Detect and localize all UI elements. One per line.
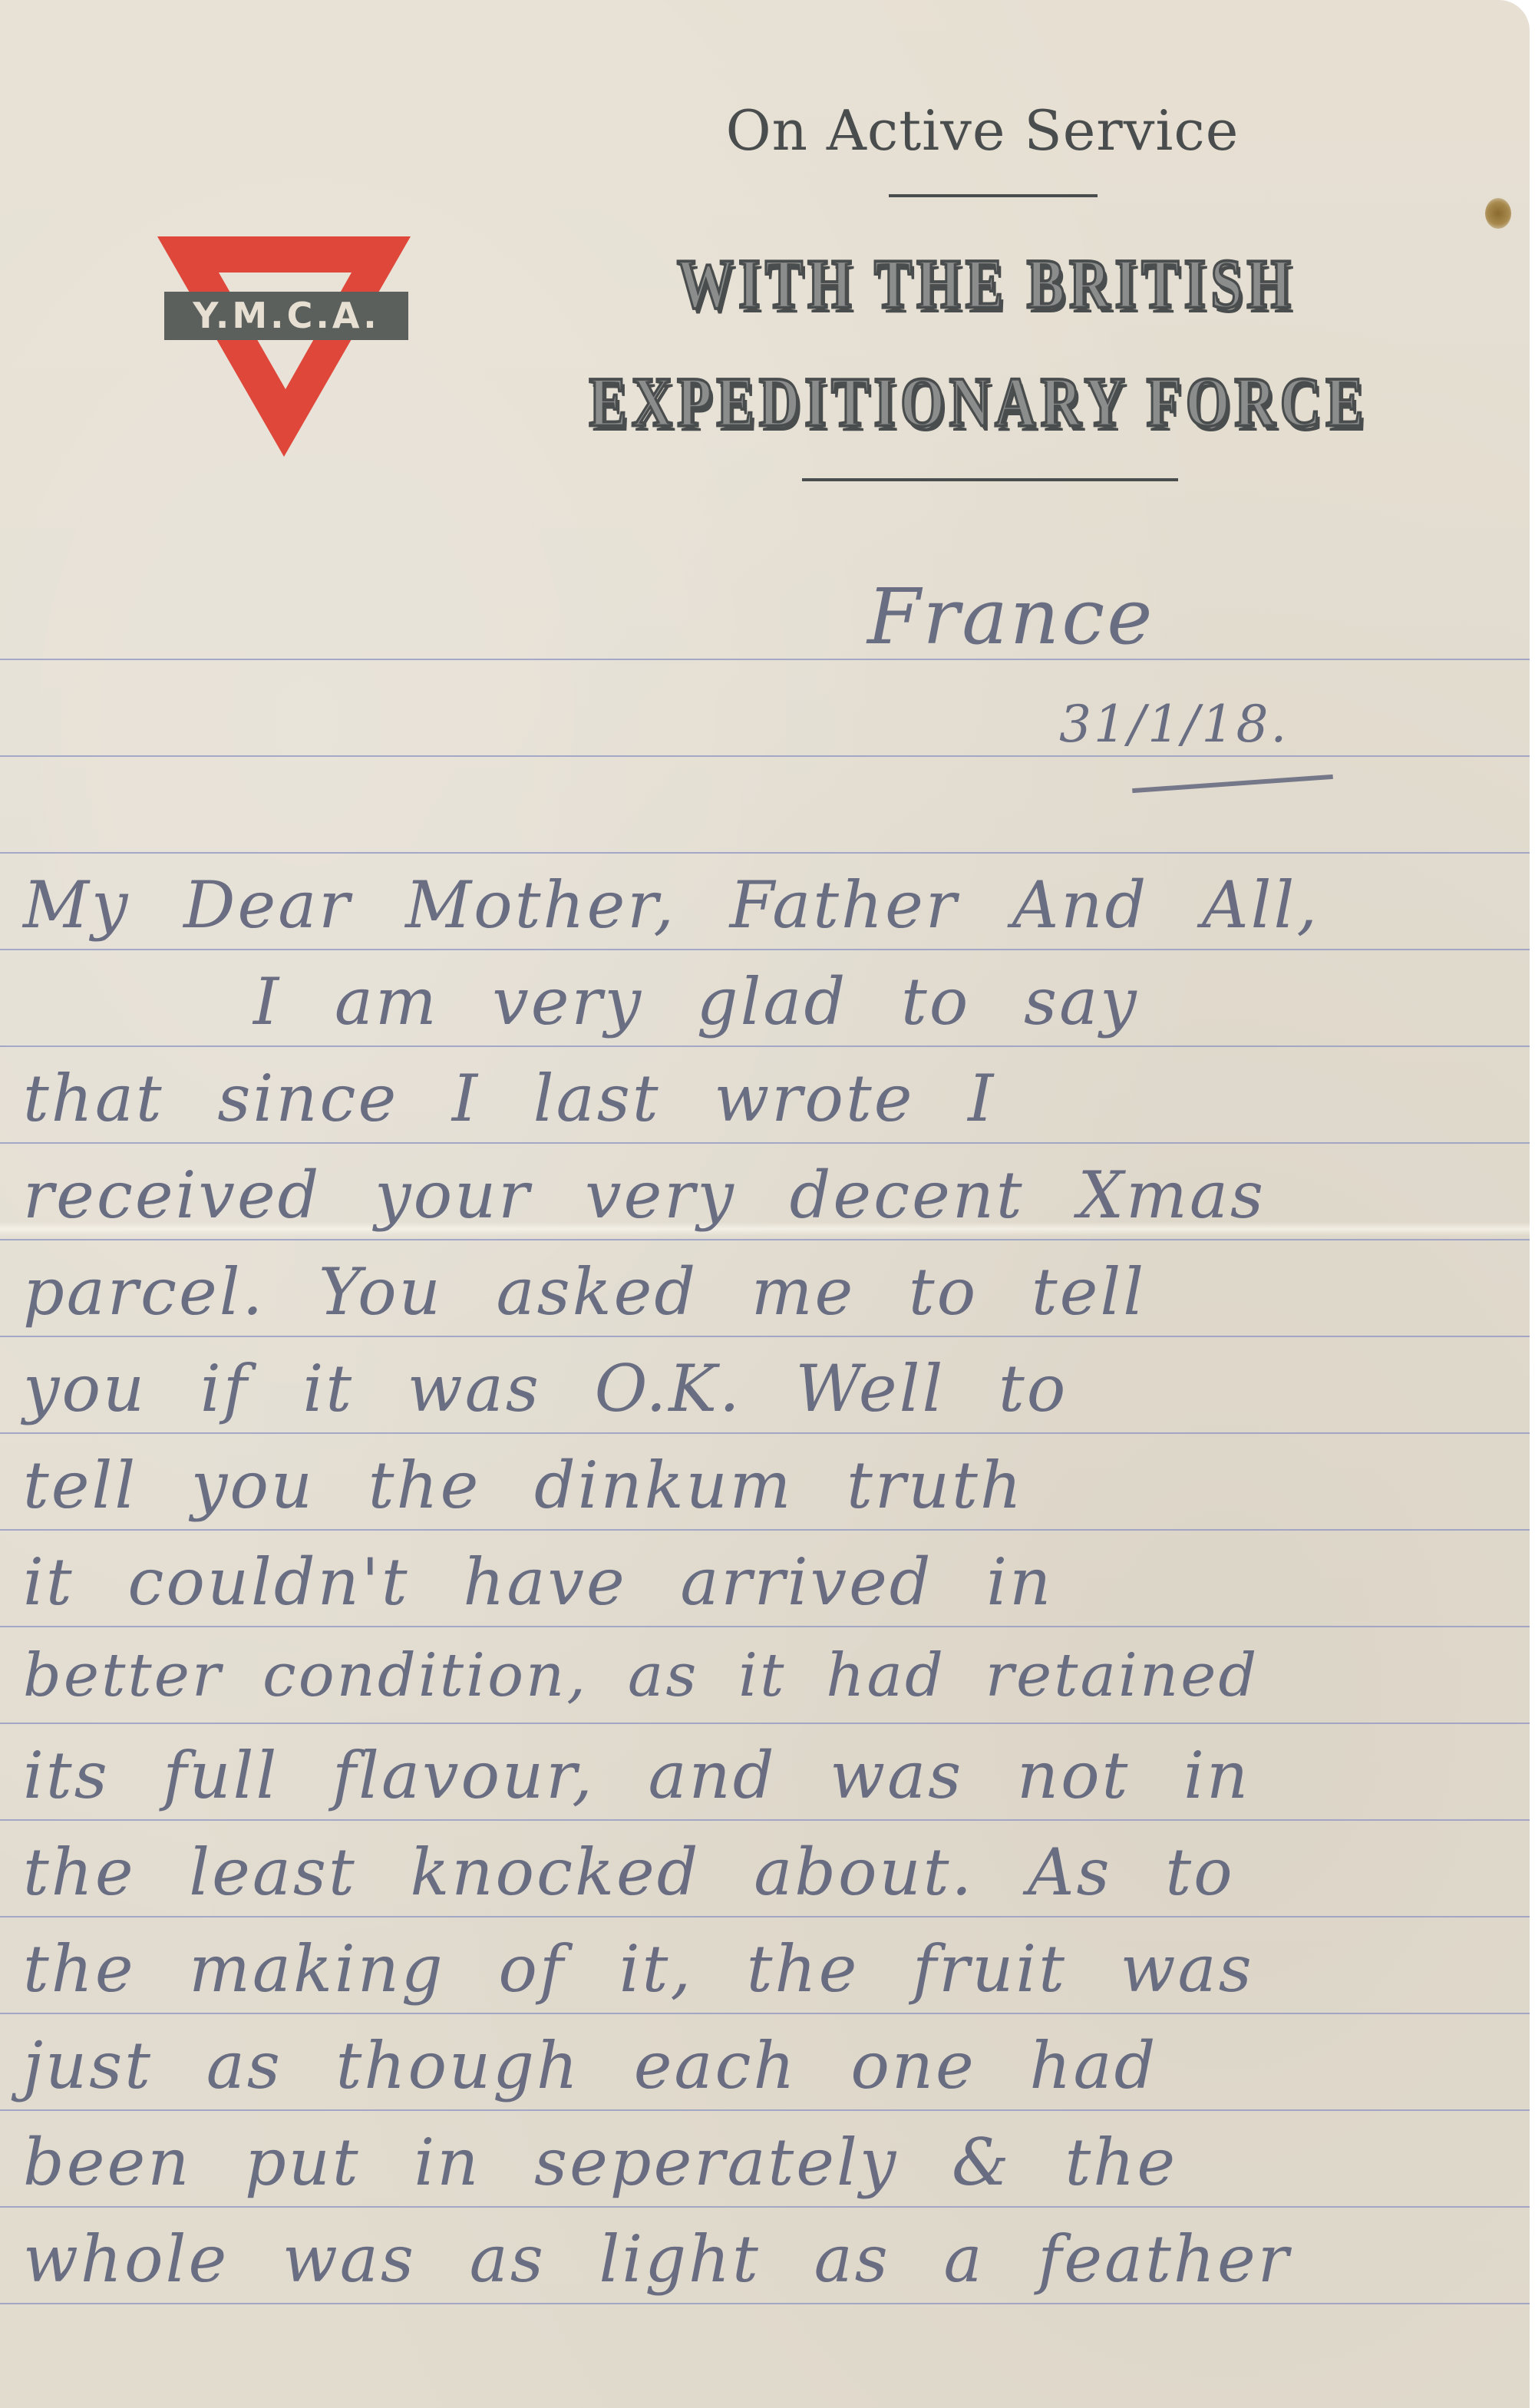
ruled-line <box>0 2303 1530 2304</box>
letter-line: you if it was O.K. Well to <box>23 1351 1068 1426</box>
letter-line: it couldn't have arrived in <box>23 1544 1053 1620</box>
letter-line: whole was as light as a feather <box>23 2221 1291 2297</box>
ruled-line <box>0 755 1530 757</box>
letter-line: better condition, as it had retained <box>23 1641 1259 1710</box>
letter-line: its full flavour, and was not in <box>23 1738 1250 1813</box>
ruled-line <box>0 1142 1530 1144</box>
ruled-line <box>0 1819 1530 1821</box>
ruled-line <box>0 2013 1530 2014</box>
letter-line: parcel. You asked me to tell <box>23 1254 1146 1330</box>
ruled-line <box>0 1916 1530 1917</box>
ruled-line <box>0 1045 1530 1047</box>
letter-salutation: My Dear Mother, Father And All, <box>23 867 1319 943</box>
letter-line: I am very glad to say <box>253 964 1139 1039</box>
letterhead-title-line-1: WITH THE BRITISH <box>568 244 1405 325</box>
ruled-line <box>0 1239 1530 1240</box>
ruled-line <box>0 949 1530 950</box>
ruled-line <box>0 852 1530 854</box>
paper-stain <box>1485 198 1511 229</box>
letter-line: tell you the dinkum truth <box>23 1448 1024 1523</box>
letterhead-title-line-2: EXPEDITIONARY FORCE <box>499 362 1458 444</box>
ymca-red-triangle-icon <box>157 236 411 459</box>
ruled-line <box>0 1529 1530 1531</box>
letter-line: the least knocked about. As to <box>23 1835 1235 1910</box>
ymca-logo-label: Y.M.C.A. <box>164 292 408 340</box>
letter-place: France <box>867 572 1154 662</box>
letter-line: the making of it, the fruit was <box>23 1931 1254 2007</box>
letterhead-divider-top <box>889 194 1098 197</box>
ruled-line <box>0 1626 1530 1627</box>
ruled-line <box>0 1723 1530 1724</box>
letter-line: received your very decent Xmas <box>23 1158 1266 1233</box>
letterhead-divider-bottom <box>802 478 1178 481</box>
letter-date: 31/1/18. <box>1059 695 1289 754</box>
ruled-line <box>0 1432 1530 1434</box>
letter-line: been put in seperately & the <box>23 2125 1177 2200</box>
ruled-line <box>0 1336 1530 1337</box>
letter-line: just as though each one had <box>23 2028 1157 2103</box>
ruled-line <box>0 2109 1530 2111</box>
ruled-line <box>0 659 1530 660</box>
on-active-service-heading: On Active Service <box>700 98 1265 163</box>
letter-line: that since I last wrote I <box>23 1061 995 1136</box>
ruled-line <box>0 2206 1530 2208</box>
